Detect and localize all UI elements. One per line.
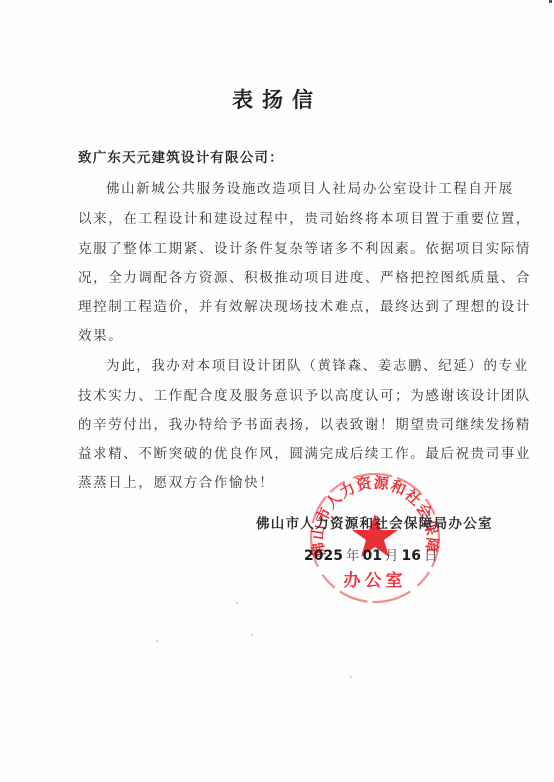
signature-organization: 佛山市人力资源和社会保障局办公室 (256, 512, 493, 532)
official-seal-icon: 佛山市人力资源和社会保障局 办公室 (305, 468, 445, 608)
paragraph-line: 益求精、不断突破的优良作风，圆满完成后续工作。最后祝贵司事业 (78, 442, 531, 462)
paragraph-line: 克服了整体工期紧、设计条件复杂等诸多不利因素。依据项目实际情 (78, 237, 531, 257)
paragraph-line: 蒸蒸日上，愿双方合作愉快！ (78, 471, 274, 491)
date-month-unit: 月 (385, 548, 399, 564)
paragraph-line: 为此，我办对本项目设计团队（黄锋森、姜志鹏、纪延）的专业 (106, 354, 529, 374)
scan-mark (549, 0, 552, 3)
scan-speck (350, 676, 352, 678)
salutation: 致广东天元建筑设计有限公司： (78, 146, 284, 166)
date-year: 2025 (304, 548, 343, 564)
scan-speck (156, 640, 158, 642)
paragraph-line: 的辛劳付出，我办特给予书面表扬，以表致谢！期望贵司继续发扬精 (78, 413, 531, 433)
date-day: 16 (401, 548, 420, 564)
scan-speck (251, 634, 253, 636)
paragraph-line: 况，全力调配各方资源、积极推动项目进度、严格把控图纸质量、合 (78, 266, 531, 286)
seal-bottom-text: 办公室 (344, 570, 407, 591)
letter-title: 表扬信 (0, 84, 554, 114)
letter-page: 表扬信 致广东天元建筑设计有限公司： 佛山新城公共服务设施改造项目人社局办公室设… (0, 0, 554, 782)
date-year-unit: 年 (346, 548, 360, 564)
paragraph-line: 佛山新城公共服务设施改造项目人社局办公室设计工程自开展 (106, 177, 514, 197)
scan-speck (236, 602, 238, 604)
paragraph-line: 以来，在工程设计和建设过程中，贵司始终将本项目置于重要位置， (78, 207, 531, 227)
paragraph-line: 理控制工程造价，并有效解决现场技术难点，最终达到了理想的设计 (78, 295, 531, 315)
date-month: 01 (362, 548, 381, 564)
signature-date: 2025年01月16日 (304, 544, 440, 564)
date-day-unit: 日 (424, 548, 438, 564)
paragraph-line: 效果。 (78, 324, 123, 344)
paragraph-line: 技术实力、工作配合度及服务意识予以高度认可；为感谢该设计团队 (78, 384, 531, 404)
